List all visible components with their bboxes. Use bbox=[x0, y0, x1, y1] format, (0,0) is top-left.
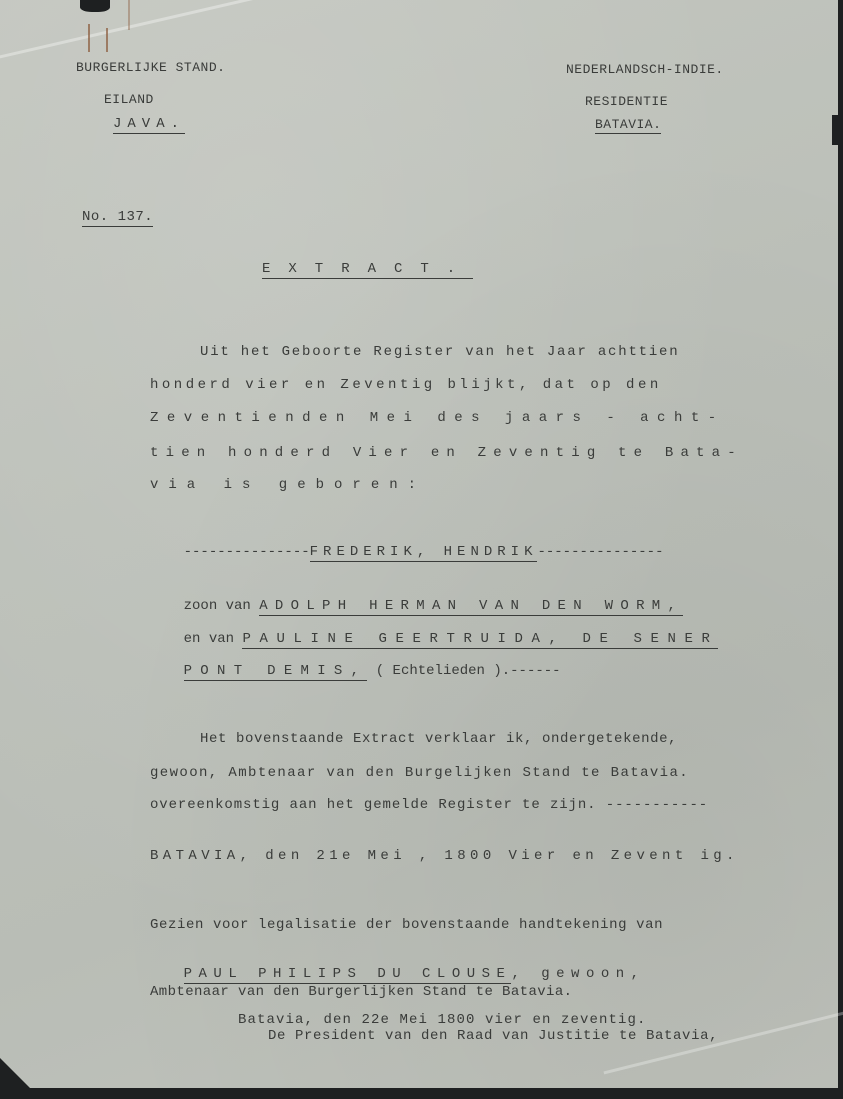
header-country: NEDERLANDSCH-INDIE. bbox=[566, 62, 724, 77]
paper-tear bbox=[832, 115, 838, 145]
father-prefix: zoon van bbox=[184, 598, 251, 614]
signatory-title: De President van den Raad van Justitie t… bbox=[268, 1028, 718, 1044]
legalisation-line: Ambtenaar van den Burgerlijken Stand te … bbox=[150, 984, 572, 1000]
document-number: No. 137. bbox=[82, 209, 153, 227]
body-line: via is geboren: bbox=[150, 477, 426, 493]
date-line: BATAVIA, den 21e Mei , 1800 Vier en Zeve… bbox=[150, 848, 739, 864]
header-island-label: EILAND bbox=[104, 92, 154, 107]
official-suffix: , gewoon, bbox=[511, 966, 645, 982]
header-residency-batavia: BATAVIA. bbox=[595, 117, 661, 134]
mother-prefix: en van bbox=[184, 631, 234, 647]
official-name: PAUL PHILIPS DU CLOUSE bbox=[184, 966, 512, 984]
header-residency-label: RESIDENTIE bbox=[585, 94, 668, 109]
dash-fill: --------------- bbox=[537, 544, 663, 560]
body-line: Uit het Geboorte Register van het Jaar a… bbox=[200, 344, 679, 360]
legalisation-date: Batavia, den 22e Mei 1800 vier en zevent… bbox=[238, 1012, 647, 1028]
child-name: FREDERIK, HENDRIK bbox=[310, 544, 538, 562]
mother-row-2: PONT DEMIS, ( Echtelieden ).------ bbox=[150, 647, 561, 695]
declaration-line: Het bovenstaande Extract verklaar ik, on… bbox=[200, 731, 677, 747]
mother-name-cont: PONT DEMIS, bbox=[184, 663, 368, 681]
father-name: ADOLPH HERMAN VAN DEN WORM, bbox=[259, 598, 683, 616]
paper-tear bbox=[80, 0, 110, 12]
rust-stain bbox=[128, 0, 130, 30]
header-island-java: JAVA. bbox=[113, 116, 185, 134]
rust-stain bbox=[106, 28, 108, 52]
paper-tear bbox=[0, 1058, 32, 1090]
body-line: tien honderd Vier en Zeventig te Bata- bbox=[150, 445, 743, 461]
dash-fill: --------------- bbox=[184, 544, 310, 560]
document-title: EXTRACT. bbox=[262, 261, 473, 279]
legalisation-line: Gezien voor legalisatie der bovenstaande… bbox=[150, 917, 663, 933]
body-line: Zeventienden Mei des jaars - acht- bbox=[150, 410, 725, 426]
document-page: BURGERLIJKE STAND. EILAND JAVA. NEDERLAN… bbox=[0, 0, 838, 1088]
rust-stain bbox=[88, 24, 90, 52]
header-civil-registry: BURGERLIJKE STAND. bbox=[76, 60, 225, 75]
parents-note: ( Echtelieden ).------ bbox=[376, 663, 561, 679]
body-line: honderd vier en Zeventig blijkt, dat op … bbox=[150, 377, 662, 393]
child-name-row: ---------------FREDERIK, HENDRIK--------… bbox=[150, 528, 664, 576]
declaration-line: overeenkomstig aan het gemelde Register … bbox=[150, 797, 708, 813]
declaration-line: gewoon, Ambtenaar van den Burgelijken St… bbox=[150, 765, 689, 781]
